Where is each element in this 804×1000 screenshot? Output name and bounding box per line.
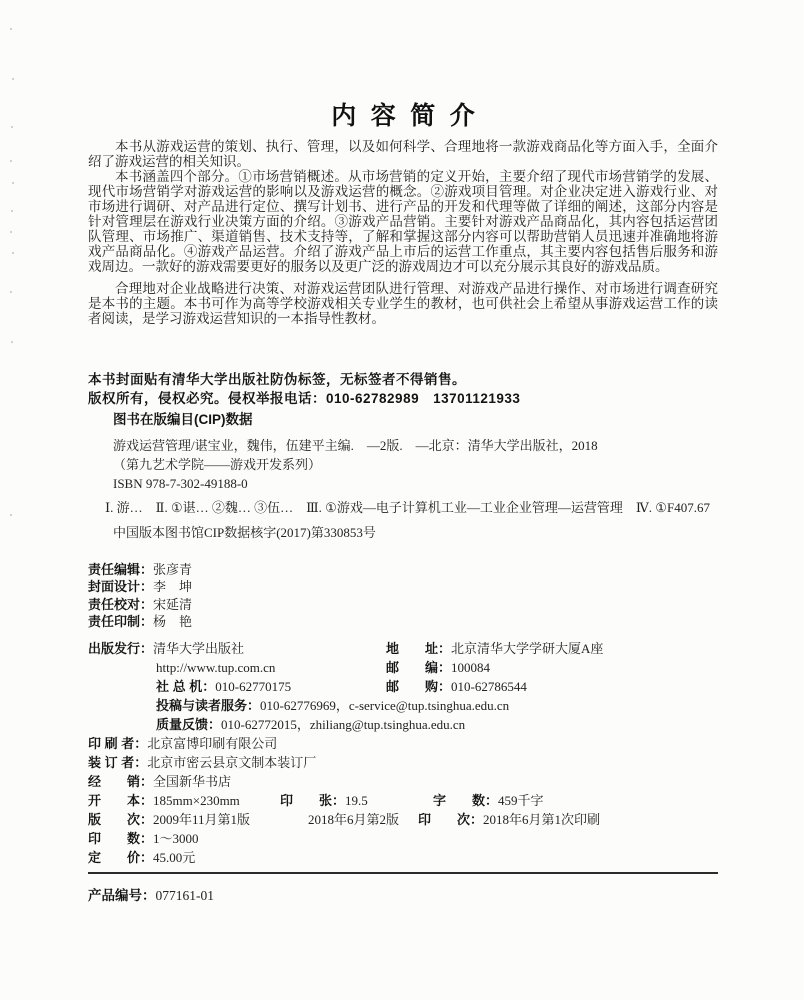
- cover-designer-row: 封面设计：李 坤: [88, 578, 728, 595]
- quality-feedback-label: 质量反馈：: [156, 717, 221, 732]
- zip-label: 邮 编：: [386, 660, 451, 675]
- sheets-label: 印 张：: [280, 793, 345, 808]
- edition-row: 版 次：2009年11月第1版 2018年6月第2版 印 次：2018年6月第1…: [88, 810, 728, 829]
- scan-speck: [11, 341, 13, 343]
- binder-value: 北京市密云县京文制本装订厂: [147, 755, 316, 770]
- introduction-section: 本书从游戏运营的策划、执行、管理，以及如何科学、合理地将一款游戏商品化等方面入手…: [88, 139, 718, 326]
- mailorder-value: 010-62786544: [451, 679, 527, 694]
- cip-data-section: 图书在版编目(CIP)数据 游戏运营管理/谌宝业，魏伟，伍建平主编. —2版. …: [88, 411, 720, 541]
- reader-service-label: 投稿与读者服务：: [156, 698, 260, 713]
- scan-speck: [10, 231, 12, 233]
- proofreader-value: 宋延清: [153, 597, 192, 612]
- divider-rule: [88, 872, 718, 874]
- copyright-hotline-notice: 版权所有，侵权必究。侵权举报电话：010-62782989 1370112193…: [88, 389, 728, 408]
- address-label: 地 址：: [386, 641, 451, 656]
- book-copyright-page: 内容简介 本书从游戏运营的策划、执行、管理，以及如何科学、合理地将一款游戏商品化…: [0, 0, 804, 1000]
- publisher-website: http://www.tup.com.cn: [156, 660, 275, 675]
- scan-speck: [10, 291, 12, 293]
- copyright-notice-section: 本书封面贴有清华大学出版社防伪标签，无标签者不得销售。 版权所有，侵权必究。侵权…: [88, 370, 728, 408]
- mailorder-pair: 邮 购：010-62786544: [386, 677, 527, 696]
- switchboard-label: 社 总 机：: [156, 679, 215, 694]
- format-label: 开 本：: [88, 793, 153, 808]
- isbn: ISBN 978-7-302-49188-0: [88, 475, 720, 492]
- intro-paragraph-1: 本书从游戏运营的策划、执行、管理，以及如何科学、合理地将一款游戏商品化等方面入手…: [88, 139, 718, 169]
- editor-label: 责任编辑：: [88, 562, 153, 577]
- sheets-pair: 印 张：19.5: [280, 791, 368, 810]
- website-row: http://www.tup.com.cn 邮 编：100084: [88, 658, 728, 677]
- zip-pair: 邮 编：100084: [386, 658, 490, 677]
- publisher-value: 清华大学出版社: [153, 641, 244, 656]
- scan-speck: [10, 28, 12, 30]
- cover-designer-value: 李 坤: [153, 579, 192, 594]
- mailorder-label: 邮 购：: [386, 679, 451, 694]
- product-number-row: 产品编号：077161-01: [88, 886, 214, 905]
- address-value: 北京清华大学学研大厦A座: [451, 641, 603, 656]
- format-row: 开 本：185mm×230mm 印 张：19.5 字 数：459千字: [88, 791, 728, 810]
- colophon-section: 责任编辑：张彦青 封面设计：李 坤 责任校对：宋延清 责任印制：杨 艳 出版发行…: [88, 561, 728, 867]
- cip-registry-number: 中国版本图书馆CIP数据核字(2017)第330853号: [88, 524, 720, 541]
- cip-record: 游戏运营管理/谌宝业，魏伟，伍建平主编. —2版. —北京：清华大学出版社，20…: [88, 437, 720, 454]
- printer-label: 印 刷 者：: [88, 736, 147, 751]
- price-row: 定 价：45.00元: [88, 848, 728, 867]
- printer-row: 印 刷 者：北京富博印刷有限公司: [88, 734, 728, 753]
- cover-designer-label: 封面设计：: [88, 579, 153, 594]
- cip-classification: Ⅰ. 游… Ⅱ. ①谌… ②魏… ③伍… Ⅲ. ①游戏—电子计算机工业—工业企业…: [88, 499, 720, 516]
- publisher-row: 出版发行：清华大学出版社 地 址：北京清华大学学研大厦A座: [88, 639, 728, 658]
- cip-heading: 图书在版编目(CIP)数据: [88, 411, 720, 428]
- distributor-value: 全国新华书店: [153, 774, 231, 789]
- scan-speck: [10, 514, 12, 516]
- proofreader-row: 责任校对：宋延清: [88, 596, 728, 613]
- print-supervisor-row: 责任印制：杨 艳: [88, 613, 728, 630]
- scan-speck: [11, 210, 13, 212]
- proofreader-label: 责任校对：: [88, 597, 153, 612]
- quality-feedback-row: 质量反馈：010-62772015，zhiliang@tup.tsinghua.…: [88, 715, 728, 734]
- wordcount-value: 459千字: [498, 793, 544, 808]
- edition-second: 2018年6月第2版: [308, 810, 399, 829]
- distributor-label: 经 销：: [88, 774, 153, 789]
- price-label: 定 价：: [88, 850, 153, 865]
- zip-value: 100084: [451, 660, 490, 675]
- product-number-value: 077161-01: [156, 888, 215, 903]
- reader-service-row: 投稿与读者服务：010-62776969，c-service@tup.tsing…: [88, 696, 728, 715]
- product-number-label: 产品编号：: [88, 888, 156, 903]
- editor-value: 张彦青: [153, 562, 192, 577]
- scan-speck: [11, 126, 13, 128]
- scan-speck: [12, 182, 14, 184]
- cip-series: （第九艺术学院——游戏开发系列）: [88, 456, 720, 473]
- wordcount-label: 字 数：: [433, 793, 498, 808]
- page-title: 内容简介: [88, 96, 718, 132]
- print-supervisor-label: 责任印制：: [88, 614, 153, 629]
- anti-counterfeit-notice: 本书封面贴有清华大学出版社防伪标签，无标签者不得销售。: [88, 370, 728, 389]
- quality-feedback-value: 010-62772015，zhiliang@tup.tsinghua.edu.c…: [221, 717, 465, 732]
- binder-label: 装 订 者：: [88, 755, 147, 770]
- distributor-row: 经 销：全国新华书店: [88, 772, 728, 791]
- edition-label: 版 次：: [88, 812, 153, 827]
- scan-speck: [12, 252, 14, 254]
- impression-pair: 印 次：2018年6月第1次印刷: [418, 810, 600, 829]
- intro-paragraph-3: 合理地对企业战略进行决策、对游戏运营团队进行管理、对游戏产品进行操作、对市场进行…: [88, 281, 718, 326]
- print-run-value: 1～3000: [153, 831, 199, 846]
- scan-speck: [12, 78, 14, 80]
- switchboard-row: 社 总 机：010-62770175 邮 购：010-62786544: [88, 677, 728, 696]
- publisher-label: 出版发行：: [88, 641, 153, 656]
- format-value: 185mm×230mm: [153, 793, 240, 808]
- print-run-row: 印 数：1～3000: [88, 829, 728, 848]
- sheets-value: 19.5: [345, 793, 368, 808]
- address-pair: 地 址：北京清华大学学研大厦A座: [386, 639, 603, 658]
- intro-paragraph-2: 本书涵盖四个部分。①市场营销概述。从市场营销的定义开始，主要介绍了现代市场营销学…: [88, 169, 718, 274]
- impression-label: 印 次：: [418, 812, 483, 827]
- printer-value: 北京富博印刷有限公司: [147, 736, 277, 751]
- print-run-label: 印 数：: [88, 831, 153, 846]
- edition-first: 2009年11月第1版: [153, 812, 250, 827]
- price-value: 45.00元: [153, 850, 195, 865]
- editor-row: 责任编辑：张彦青: [88, 561, 728, 578]
- binder-row: 装 订 者：北京市密云县京文制本装订厂: [88, 753, 728, 772]
- switchboard-value: 010-62770175: [215, 679, 291, 694]
- reader-service-value: 010-62776969，c-service@tup.tsinghua.edu.…: [260, 698, 509, 713]
- impression-value: 2018年6月第1次印刷: [483, 812, 600, 827]
- print-supervisor-value: 杨 艳: [153, 614, 192, 629]
- scan-speck: [10, 160, 12, 162]
- wordcount-pair: 字 数：459千字: [433, 791, 544, 810]
